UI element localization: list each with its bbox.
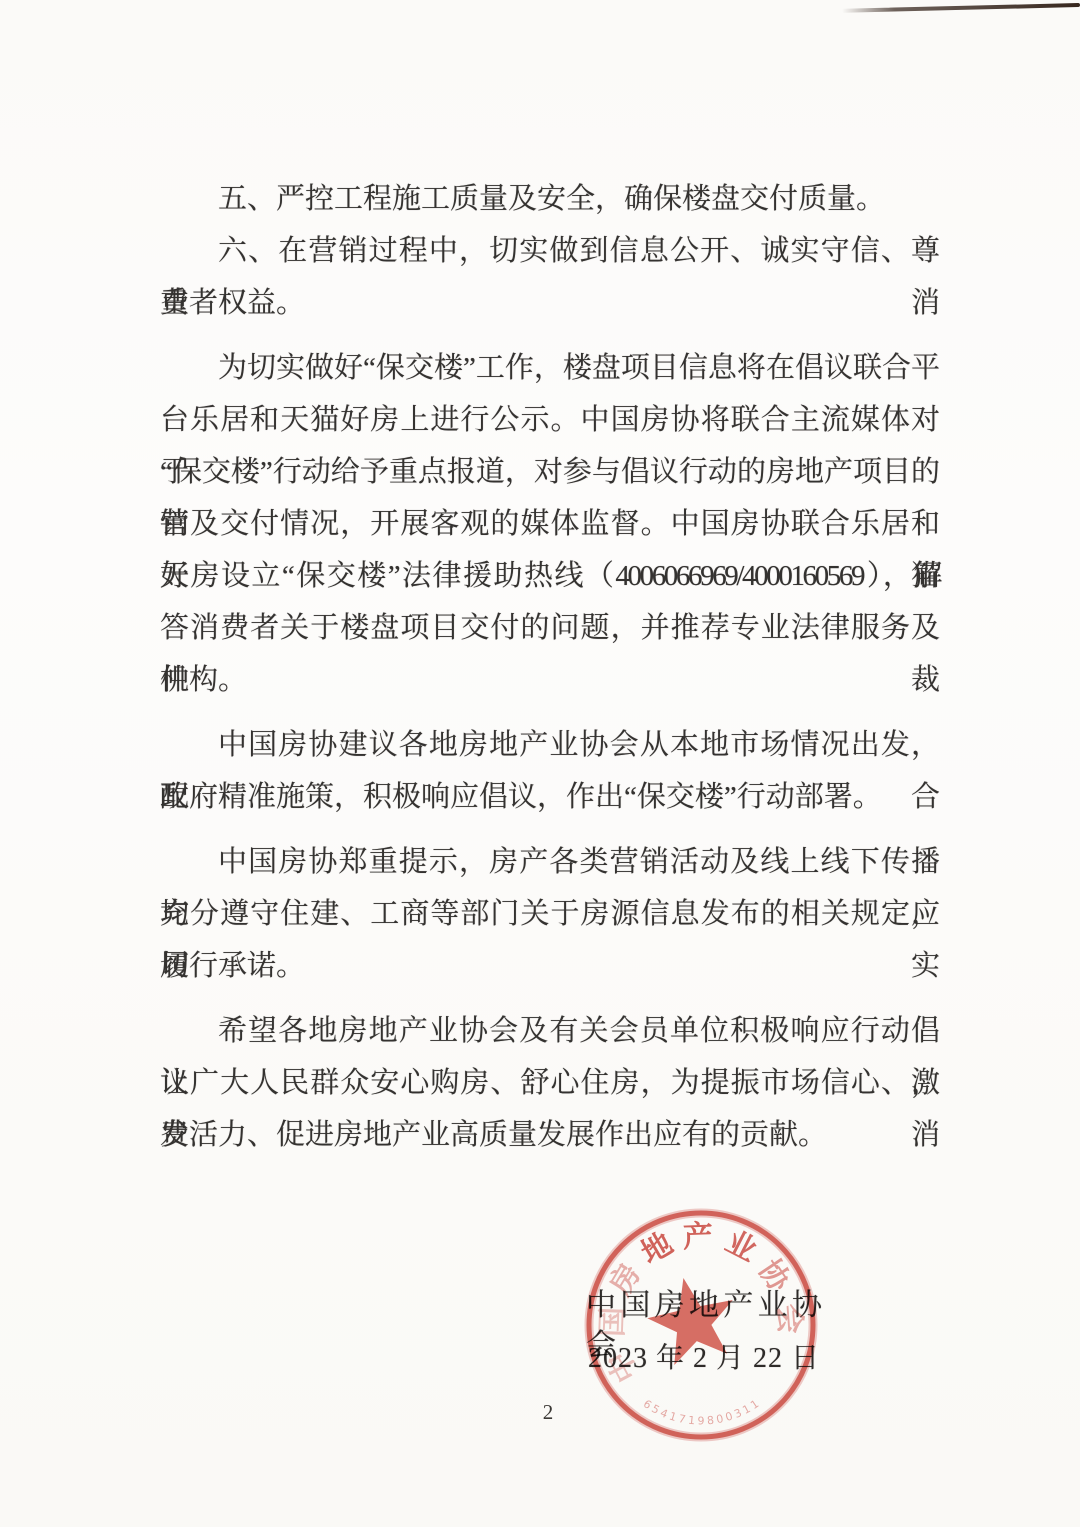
signature-date: 2023 年 2 月 22 日: [586, 1340, 822, 1378]
document-line: 政府精准施策，积极响应倡议，作出“保交楼”行动部署。: [160, 771, 940, 823]
seal-serial-digit: 0: [715, 1412, 724, 1426]
document-body: 五、严控工程施工质量及安全，确保楼盘交付质量。六、在营销过程中，切实做到信息公开…: [160, 173, 940, 1161]
document-line: 中国房协建议各地房地产业协会从本地市场情况出发，配合: [160, 719, 940, 771]
page-number: 2: [536, 1400, 560, 1425]
seal-ring-character: 产: [682, 1219, 713, 1254]
document-line: 台乐居和天猫好房上进行公示。中国房协将联合主流媒体对于: [160, 394, 940, 446]
document-line: 为切实做好“保交楼”工作，楼盘项目信息将在倡议联合平: [160, 342, 940, 394]
signature-organization: 中国房地产业协会: [586, 1286, 822, 1326]
document-line: 充分遵守住建、工商等部门关于房源信息发布的相关规定，切实: [160, 888, 940, 940]
scanned-document-page: { "page": { "number": "2", "background":…: [0, 0, 1080, 1527]
document-line: 六、在营销过程中，切实做到信息公开、诚实守信、尊重消: [160, 225, 940, 277]
seal-serial-digit: 1: [668, 1410, 678, 1424]
document-line: 好房设立“保交楼”法律援助热线（4006066969/4000160569），解: [160, 550, 940, 602]
scan-artifact-line: [842, 3, 1080, 13]
seal-serial-digit: 1: [687, 1414, 695, 1428]
document-line: 希望各地房地产业协会及有关会员单位积极响应行动倡议，: [160, 1005, 940, 1057]
document-line: 五、严控工程施工质量及安全，确保楼盘交付质量。: [160, 173, 940, 225]
seal-serial-digit: 8: [706, 1414, 714, 1428]
document-line: 费活力、促进房地产业高质量发展作出应有的贡献。: [160, 1109, 940, 1161]
seal-serial-digit: 7: [677, 1412, 686, 1426]
document-line: 让广大人民群众安心购房、舒心住房，为提振市场信心、激发消: [160, 1057, 940, 1109]
document-line: “保交楼”行动给予重点报道，对参与倡议行动的房地产项目的营: [160, 446, 940, 498]
document-line: 中国房协郑重提示，房产各类营销活动及线上线下传播均应: [160, 836, 940, 888]
seal-serial-digit: 9: [698, 1415, 705, 1428]
document-line: 答消费者关于楼盘项目交付的问题，并推荐专业法律服务及仲裁: [160, 602, 940, 654]
document-line: 销及交付情况，开展客观的媒体监督。中国房协联合乐居和天猫: [160, 498, 940, 550]
